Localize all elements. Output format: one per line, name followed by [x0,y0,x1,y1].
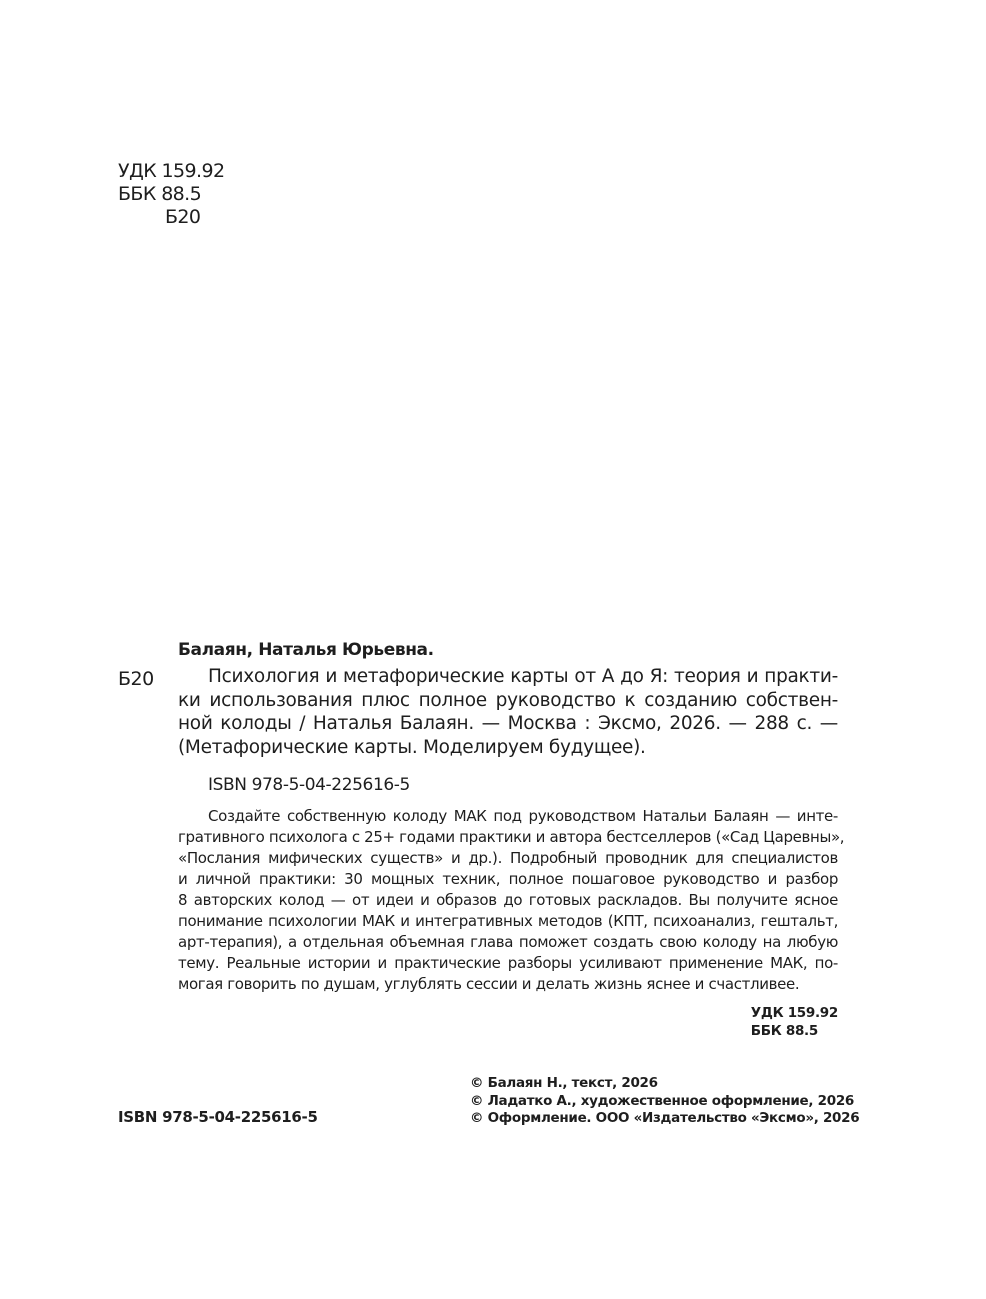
annotation-line: 8 авторских колод — от идеи и образов до… [178,890,838,911]
bbk-code: ББК 88.5 [118,183,224,206]
annotation: Создайте собственную колоду МАК под руко… [178,806,838,995]
udk-code: УДК 159.92 [118,160,224,183]
classification-codes-bottom: УДК 159.92 ББК 88.5 [751,1004,838,1040]
annotation-line: Создайте собственную колоду МАК под руко… [178,806,838,827]
copyright-line: © Оформление. ООО «Издательство «Эксмо»,… [470,1110,859,1128]
bbk-code: ББК 88.5 [751,1022,838,1040]
copyright-line: © Балаян Н., текст, 2026 [470,1075,859,1093]
record-isbn: ISBN 978-5-04-225616-5 [208,775,410,795]
annotation-line: тему. Реальные истории и практические ра… [178,953,838,974]
isbn-bottom: ISBN 978-5-04-225616-5 [118,1108,318,1126]
annotation-line: гративного психолога с 25+ годами практи… [178,827,838,848]
udk-code: УДК 159.92 [751,1004,838,1022]
record-line: ки использования плюс полное руководство… [178,689,838,713]
record-line: (Метафорические карты. Моделируем будуще… [178,736,838,760]
copyright-block: © Балаян Н., текст, 2026 © Ладатко А., х… [470,1075,859,1128]
annotation-line: понимание психологии МАК и интегративных… [178,911,838,932]
author-sign: Б20 [118,206,224,229]
record-author: Балаян, Наталья Юрьевна. [178,640,434,660]
copyright-line: © Ладатко А., художественное оформление,… [470,1093,859,1111]
annotation-line: могая говорить по душам, углублять сесси… [178,974,838,995]
record-line: Психология и метафорические карты от А д… [178,665,838,689]
record-line: ной колоды / Наталья Балаян. — Москва : … [178,712,838,736]
bibliographic-record: Психология и метафорические карты от А д… [178,665,838,759]
annotation-line: «Послания мифических существ» и др.). По… [178,848,838,869]
annotation-line: арт-терапия), а отдельная объемная глава… [178,932,838,953]
record-side-code: Б20 [118,668,154,690]
annotation-line: и личной практики: 30 мощных техник, пол… [178,869,838,890]
classification-codes-top: УДК 159.92 ББК 88.5 Б20 [118,160,224,229]
